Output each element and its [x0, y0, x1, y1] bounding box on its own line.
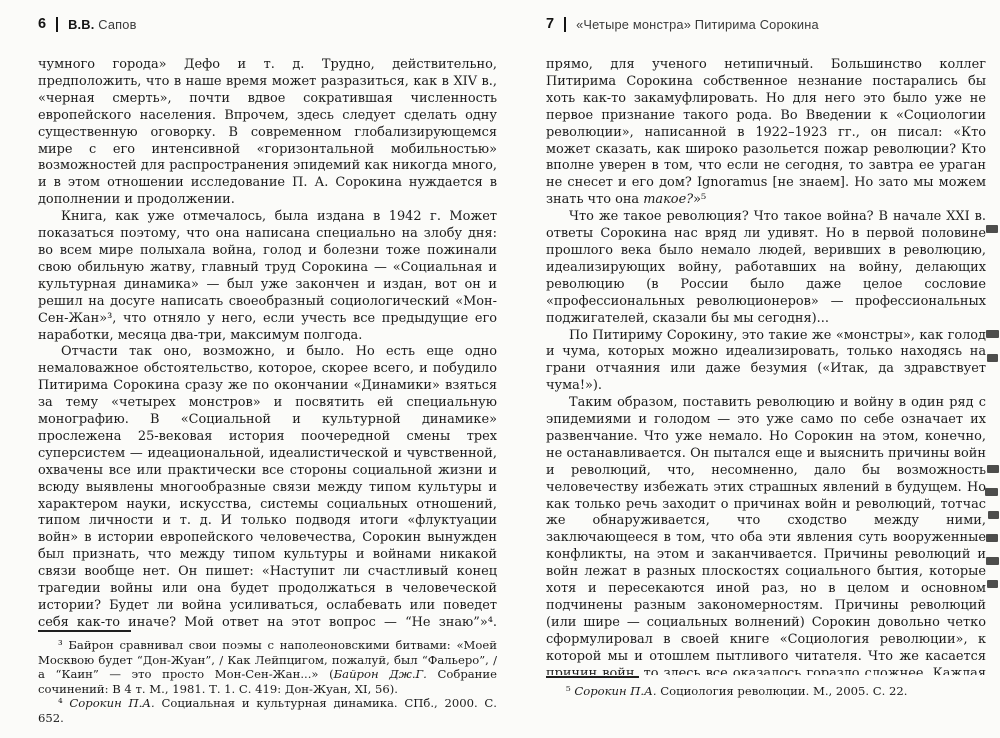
page-header: 6 В.В. Сапов — [38, 16, 497, 32]
footnote: ⁵ Сорокин П.А. Социология революции. М.,… — [546, 684, 986, 699]
body-text: прямо, для ученого нетипичный. Большинст… — [546, 57, 986, 675]
page-right: 7 «Четыре монстра» Питирима Сорокина пря… — [546, 16, 986, 728]
scan-artifact — [987, 580, 998, 588]
footnotes: ⁵ Сорокин П.А. Социология революции. М.,… — [546, 676, 986, 699]
footnote-separator — [546, 676, 639, 678]
paragraph: прямо, для ученого нетипичный. Большинст… — [546, 57, 986, 209]
scan-artifact — [986, 225, 998, 233]
scan-artifact — [987, 354, 998, 362]
body-text: чумного города» Дефо и т. д. Трудно, дей… — [38, 57, 497, 629]
running-head: В.В. Сапов — [68, 17, 137, 32]
page-number: 7 — [546, 16, 554, 32]
footnote-separator — [38, 630, 131, 632]
scan-artifact — [988, 511, 999, 519]
footnotes: ³ Байрон сравнивал свои поэмы с наполеон… — [38, 630, 497, 725]
footnote: ³ Байрон сравнивал свои поэмы с наполеон… — [38, 638, 497, 696]
header-divider — [564, 17, 566, 32]
scan-artifact — [986, 330, 999, 338]
page-left: 6 В.В. Сапов чумного города» Дефо и т. д… — [38, 16, 497, 728]
scan-artifact — [986, 534, 998, 542]
paragraph: чумного города» Дефо и т. д. Трудно, дей… — [38, 57, 497, 209]
footnote-list: ⁵ Сорокин П.А. Социология революции. М.,… — [546, 684, 986, 699]
scan-artifact — [985, 488, 998, 496]
scan-artifact — [986, 557, 999, 565]
scan-artifact — [987, 465, 999, 473]
paragraph: Что же такое революция? Что такое война?… — [546, 209, 986, 327]
paragraph: Таким образом, поставить революцию и вой… — [546, 395, 986, 675]
paragraph: Книга, как уже отмечалось, была издана в… — [38, 209, 497, 344]
page-header: 7 «Четыре монстра» Питирима Сорокина — [546, 16, 986, 32]
page-number: 6 — [38, 16, 46, 32]
footnote: ⁴ Сорокин П.А. Социальная и культурная д… — [38, 696, 497, 725]
paragraph: Отчасти так оно, возможно, и было. Но ес… — [38, 344, 497, 629]
paragraph: По Питириму Сорокину, это такие же «монс… — [546, 328, 986, 396]
footnote-list: ³ Байрон сравнивал свои поэмы с наполеон… — [38, 638, 497, 725]
header-divider — [56, 17, 58, 32]
running-head: «Четыре монстра» Питирима Сорокина — [576, 17, 819, 32]
